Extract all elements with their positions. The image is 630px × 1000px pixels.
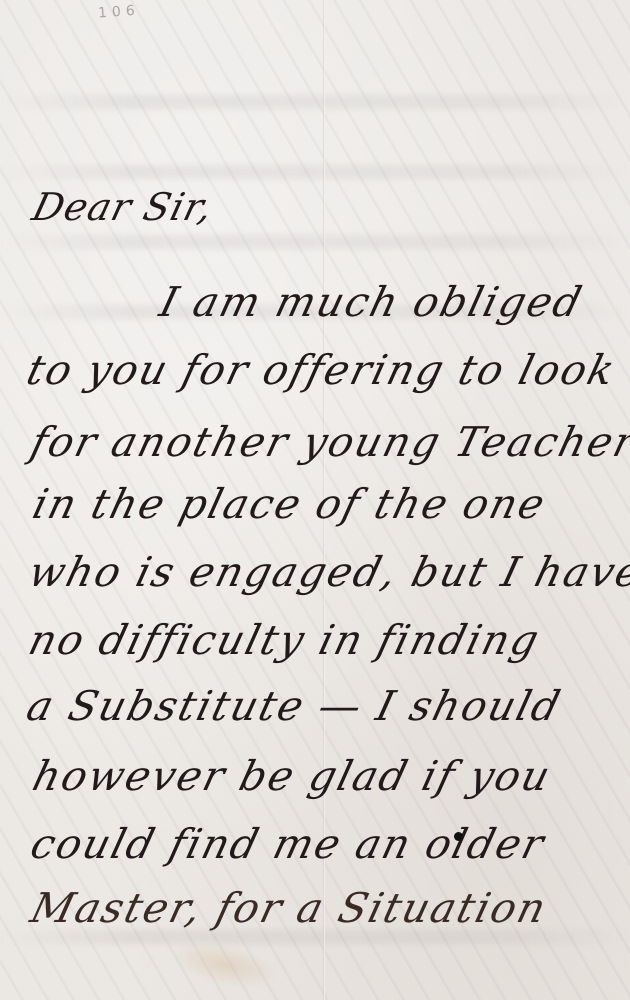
salutation: Dear Sir, xyxy=(28,185,218,229)
bleed-line xyxy=(0,95,630,109)
letter-line-5: who is engaged, but I have xyxy=(24,548,630,596)
letter-line-6: no difficulty in finding xyxy=(24,616,545,664)
bleed-line xyxy=(0,235,630,249)
paper-stain xyxy=(167,934,283,996)
letter-line-4: in the place of the one xyxy=(28,480,551,528)
ink-blot xyxy=(454,832,463,841)
archive-number: 106 xyxy=(97,3,140,22)
letter-page: 106 Dear Sir, I am much obliged to you f… xyxy=(0,0,630,1000)
letter-line-3: for another young Teacher xyxy=(26,418,630,466)
letter-line-9: could find me an older xyxy=(26,820,550,868)
letter-line-1: I am much obliged xyxy=(155,278,588,326)
letter-line-7: a Substitute — I should xyxy=(22,682,567,730)
letter-line-2: to you for offering to look xyxy=(22,346,621,394)
bleed-line xyxy=(0,930,630,944)
bleed-line xyxy=(0,165,630,179)
letter-line-8: however be glad if you xyxy=(28,752,557,800)
letter-line-10: Master, for a Situation xyxy=(26,884,553,932)
